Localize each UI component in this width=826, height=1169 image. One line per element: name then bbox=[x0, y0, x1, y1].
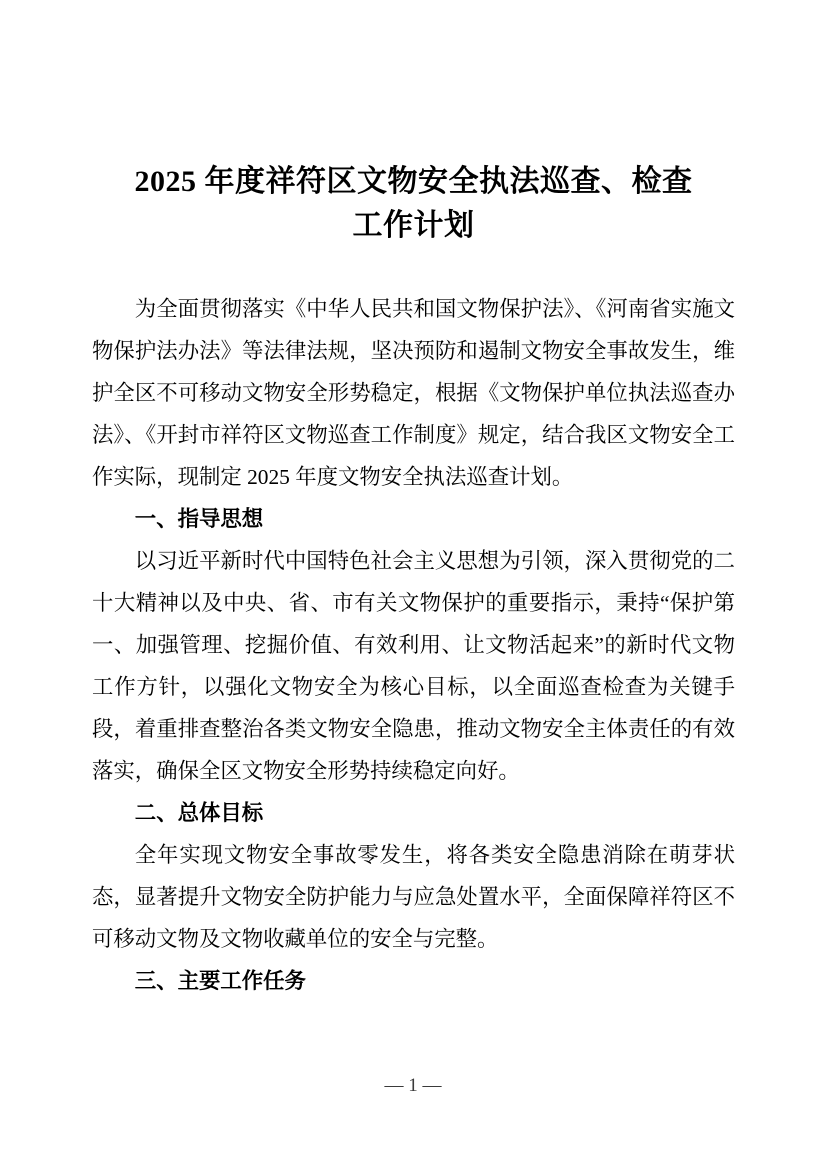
document-page: 2025 年度祥符区文物安全执法巡查、检查 工作计划 为全面贯彻落实《中华人民共… bbox=[0, 0, 826, 1169]
guiding-ideology-paragraph: 以习近平新时代中国特色社会主义思想为引领，深入贯彻党的二十大精神以及中央、省、市… bbox=[92, 540, 735, 792]
section-heading-main-tasks: 三、主要工作任务 bbox=[92, 960, 735, 1002]
intro-paragraph: 为全面贯彻落实《中华人民共和国文物保护法》、《河南省实施文物保护法办法》等法律法… bbox=[92, 288, 735, 498]
page-number: — 1 — bbox=[0, 1074, 826, 1098]
section-heading-guiding-ideology: 一、指导思想 bbox=[92, 498, 735, 540]
document-title-line-2: 工作计划 bbox=[92, 204, 735, 248]
document-title-line-1: 2025 年度祥符区文物安全执法巡查、检查 bbox=[92, 160, 735, 204]
section-heading-overall-goal: 二、总体目标 bbox=[92, 792, 735, 834]
document-content: 2025 年度祥符区文物安全执法巡查、检查 工作计划 为全面贯彻落实《中华人民共… bbox=[92, 160, 735, 1002]
overall-goal-paragraph: 全年实现文物安全事故零发生，将各类安全隐患消除在萌芽状态，显著提升文物安全防护能… bbox=[92, 834, 735, 960]
document-title: 2025 年度祥符区文物安全执法巡查、检查 工作计划 bbox=[92, 160, 735, 248]
